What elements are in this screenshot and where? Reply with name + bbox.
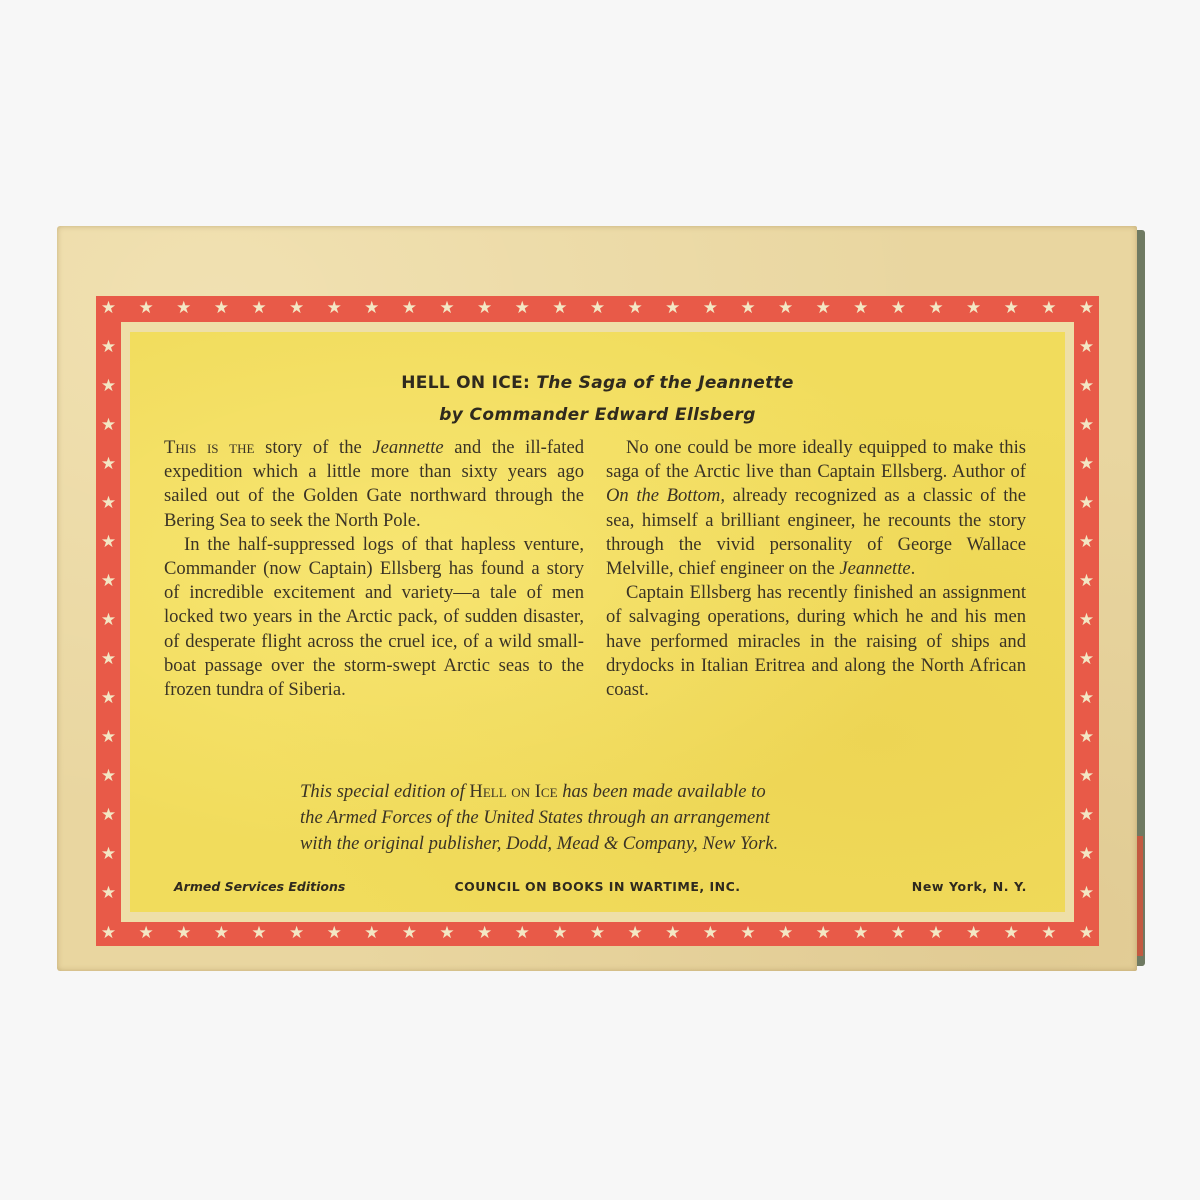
ship-name: Jeannette [839,558,910,579]
star-icon: ★ [100,339,118,356]
star-icon: ★ [626,300,644,317]
star-icon: ★ [927,925,945,942]
lead-in: This is the [164,437,254,458]
edition-note: This special edition of Hell on Ice has … [130,779,1065,857]
star-icon: ★ [927,300,945,317]
star-icon: ★ [965,300,983,317]
star-icon: ★ [100,925,118,942]
left-paragraph-2: In the half-suppressed logs of that hapl… [164,533,584,702]
star-icon: ★ [777,300,795,317]
footer-location: New York, N. Y. [912,879,1027,894]
star-icon: ★ [137,300,155,317]
star-icon: ★ [1078,417,1096,434]
star-icon: ★ [965,925,983,942]
star-icon: ★ [1078,495,1096,512]
star-icon: ★ [363,300,381,317]
ship-name: Jeannette [372,437,443,458]
star-icon: ★ [551,925,569,942]
star-icon: ★ [701,925,719,942]
star-icon: ★ [551,300,569,317]
star-icon: ★ [1078,300,1096,317]
star-icon: ★ [288,300,306,317]
star-icon: ★ [476,925,494,942]
star-icon: ★ [1078,846,1096,863]
star-icon: ★ [626,925,644,942]
star-icon: ★ [889,925,907,942]
star-icon: ★ [739,925,757,942]
star-icon: ★ [363,925,381,942]
star-icon: ★ [325,300,343,317]
left-column: This is the story of the Jeannette and t… [164,436,584,702]
star-icon: ★ [100,495,118,512]
star-icon: ★ [1078,690,1096,707]
star-border-frame: ★★★★★★★★★★★★★★★★★★★★★★★★★★★★★★★★★★★★★★★★… [96,296,1099,946]
right-paragraph-2: Captain Ellsberg has recently finished a… [606,581,1026,702]
right-paragraph-1: No one could be more ideally equipped to… [606,436,1026,581]
star-icon: ★ [1078,573,1096,590]
star-icon: ★ [100,417,118,434]
star-icon: ★ [739,300,757,317]
right-column: No one could be more ideally equipped to… [606,436,1026,702]
title-subtitle: The Saga of the Jeannette [536,373,793,393]
star-icon: ★ [100,300,118,317]
star-icon: ★ [1078,612,1096,629]
star-icon: ★ [513,925,531,942]
star-icon: ★ [1078,651,1096,668]
star-icon: ★ [212,925,230,942]
star-icon: ★ [100,456,118,473]
star-icon: ★ [100,534,118,551]
star-icon: ★ [100,651,118,668]
star-icon: ★ [814,300,832,317]
star-icon: ★ [100,768,118,785]
star-icon: ★ [1078,729,1096,746]
star-icon: ★ [137,925,155,942]
star-icon: ★ [701,300,719,317]
star-icon: ★ [1078,768,1096,785]
star-icon: ★ [250,300,268,317]
star-icon: ★ [100,846,118,863]
star-icon: ★ [1040,300,1058,317]
cover-paper: ★★★★★★★★★★★★★★★★★★★★★★★★★★★★★★★★★★★★★★★★… [57,226,1137,971]
star-icon: ★ [175,925,193,942]
star-icon: ★ [100,690,118,707]
text-panel: HELL ON ICE: The Saga of the Jeannette b… [130,332,1065,912]
star-icon: ★ [476,300,494,317]
star-icon: ★ [175,300,193,317]
star-icon: ★ [664,300,682,317]
note-title: Hell on Ice [469,781,557,802]
title-main: HELL ON ICE: [401,373,530,393]
star-icon: ★ [250,925,268,942]
star-icon: ★ [100,573,118,590]
star-icon: ★ [100,378,118,395]
star-icon: ★ [100,807,118,824]
star-icon: ★ [589,300,607,317]
star-icon: ★ [1078,807,1096,824]
left-paragraph-1: This is the story of the Jeannette and t… [164,436,584,533]
star-icon: ★ [1078,456,1096,473]
book-reference: On the Bottom, [606,485,725,506]
star-icon: ★ [814,925,832,942]
star-icon: ★ [777,925,795,942]
star-icon: ★ [100,729,118,746]
star-icon: ★ [852,300,870,317]
spine-red-strip [1137,836,1143,956]
author-byline: by Commander Edward Ellsberg [130,405,1065,425]
book-title: HELL ON ICE: The Saga of the Jeannette [130,373,1065,393]
star-icon: ★ [1078,378,1096,395]
star-icon: ★ [100,885,118,902]
star-icon: ★ [288,925,306,942]
star-icon: ★ [1078,925,1096,942]
star-icon: ★ [664,925,682,942]
star-icon: ★ [852,925,870,942]
star-icon: ★ [513,300,531,317]
star-icon: ★ [400,925,418,942]
star-icon: ★ [1078,534,1096,551]
frame-inner-margin: HELL ON ICE: The Saga of the Jeannette b… [121,322,1074,922]
star-icon: ★ [438,300,456,317]
star-icon: ★ [212,300,230,317]
star-icon: ★ [889,300,907,317]
star-icon: ★ [1002,925,1020,942]
star-icon: ★ [1078,885,1096,902]
star-icon: ★ [400,300,418,317]
star-icon: ★ [438,925,456,942]
star-icon: ★ [1078,339,1096,356]
star-icon: ★ [1040,925,1058,942]
star-icon: ★ [1002,300,1020,317]
star-icon: ★ [325,925,343,942]
book-back-cover: ★★★★★★★★★★★★★★★★★★★★★★★★★★★★★★★★★★★★★★★★… [57,226,1147,971]
star-icon: ★ [100,612,118,629]
star-icon: ★ [589,925,607,942]
